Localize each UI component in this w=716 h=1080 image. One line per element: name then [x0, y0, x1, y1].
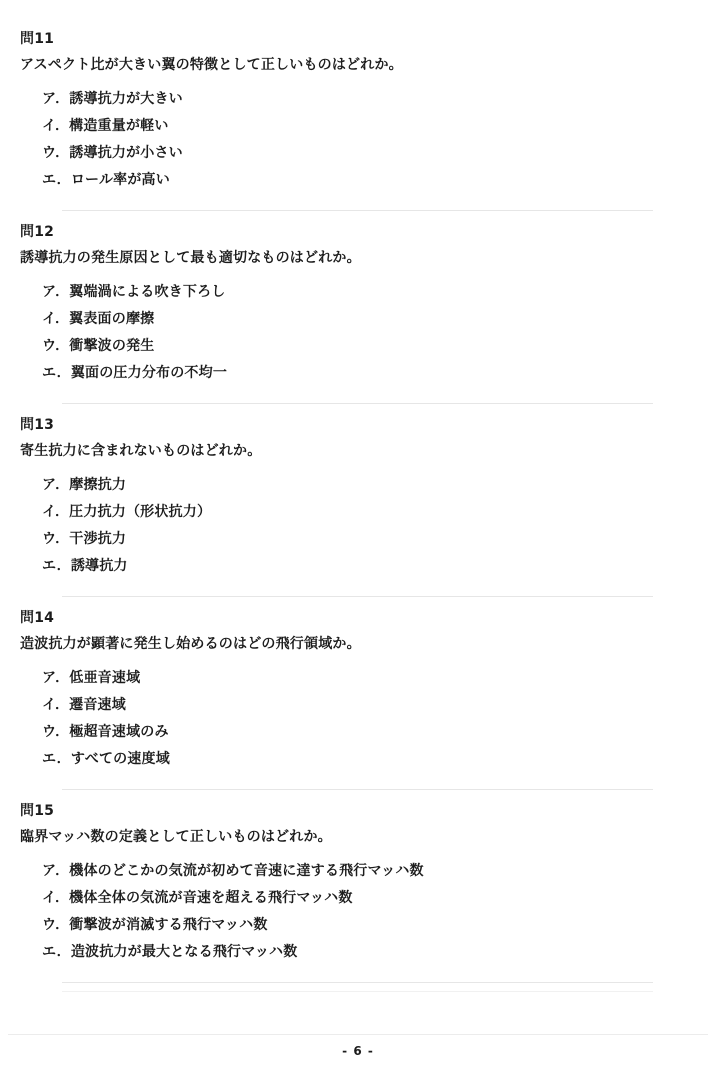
option-a: ア．低亜音速域	[42, 665, 696, 692]
question-divider	[62, 596, 653, 597]
question-divider	[62, 210, 653, 211]
option-i: イ．構造重量が軽い	[42, 113, 696, 140]
page-number: - 6 -	[0, 1044, 716, 1059]
option-i: イ．機体全体の気流が音速を超える飛行マッハ数	[42, 885, 696, 912]
option-e: エ．ロール率が高い	[42, 167, 696, 194]
option-i: イ．圧力抗力（形状抗力）	[42, 499, 696, 526]
footer-divider	[8, 1034, 708, 1035]
question-block-13: 問13 寄生抗力に含まれないものはどれか。 ア．摩擦抗力 イ．圧力抗力（形状抗力…	[20, 412, 696, 597]
option-a: ア．翼端渦による吹き下ろし	[42, 279, 696, 306]
question-number: 問13	[20, 412, 696, 439]
option-i: イ．翼表面の摩擦	[42, 306, 696, 333]
option-list: ア．翼端渦による吹き下ろし イ．翼表面の摩擦 ウ．衝撃波の発生 エ．翼面の圧力分…	[20, 270, 696, 387]
option-list: ア．低亜音速域 イ．遷音速域 ウ．極超音速域のみ エ．すべての速度域	[20, 656, 696, 773]
option-u: ウ．干渉抗力	[42, 526, 696, 553]
exam-document-page: { "colors": { "background": "#ffffff", "…	[0, 0, 716, 1080]
option-u: ウ．衝撃波の発生	[42, 333, 696, 360]
question-text: アスペクト比が大きい翼の特徴として正しいものはどれか。	[20, 53, 696, 77]
option-a: ア．機体のどこかの気流が初めて音速に達する飛行マッハ数	[42, 858, 696, 885]
question-text: 臨界マッハ数の定義として正しいものはどれか。	[20, 825, 696, 849]
option-u: ウ．衝撃波が消滅する飛行マッハ数	[42, 912, 696, 939]
question-number: 問12	[20, 219, 696, 246]
option-u: ウ．誘導抗力が小さい	[42, 140, 696, 167]
option-i: イ．遷音速域	[42, 692, 696, 719]
option-a: ア．摩擦抗力	[42, 472, 696, 499]
question-text: 誘導抗力の発生原因として最も適切なものはどれか。	[20, 246, 696, 270]
option-list: ア．誘導抗力が大きい イ．構造重量が軽い ウ．誘導抗力が小さい エ．ロール率が高…	[20, 77, 696, 194]
question-divider	[62, 982, 653, 983]
question-number: 問14	[20, 605, 696, 632]
question-text: 寄生抗力に含まれないものはどれか。	[20, 439, 696, 463]
option-u: ウ．極超音速域のみ	[42, 719, 696, 746]
option-e: エ．翼面の圧力分布の不均一	[42, 360, 696, 387]
question-block-12: 問12 誘導抗力の発生原因として最も適切なものはどれか。 ア．翼端渦による吹き下…	[20, 219, 696, 404]
option-e: エ．すべての速度域	[42, 746, 696, 773]
question-divider	[62, 403, 653, 404]
document-content: 問11 アスペクト比が大きい翼の特徴として正しいものはどれか。 ア．誘導抗力が大…	[0, 0, 716, 992]
question-block-11: 問11 アスペクト比が大きい翼の特徴として正しいものはどれか。 ア．誘導抗力が大…	[20, 26, 696, 211]
option-e: エ．誘導抗力	[42, 553, 696, 580]
option-a: ア．誘導抗力が大きい	[42, 86, 696, 113]
question-number: 問11	[20, 26, 696, 53]
question-block-15: 問15 臨界マッハ数の定義として正しいものはどれか。 ア．機体のどこかの気流が初…	[20, 798, 696, 992]
question-block-14: 問14 造波抗力が顕著に発生し始めるのはどの飛行領域か。 ア．低亜音速域 イ．遷…	[20, 605, 696, 790]
question-number: 問15	[20, 798, 696, 825]
section-end-divider	[62, 991, 653, 992]
question-divider	[62, 789, 653, 790]
question-text: 造波抗力が顕著に発生し始めるのはどの飛行領域か。	[20, 632, 696, 656]
option-list: ア．摩擦抗力 イ．圧力抗力（形状抗力） ウ．干渉抗力 エ．誘導抗力	[20, 463, 696, 580]
option-list: ア．機体のどこかの気流が初めて音速に達する飛行マッハ数 イ．機体全体の気流が音速…	[20, 849, 696, 966]
option-e: エ．造波抗力が最大となる飛行マッハ数	[42, 939, 696, 966]
